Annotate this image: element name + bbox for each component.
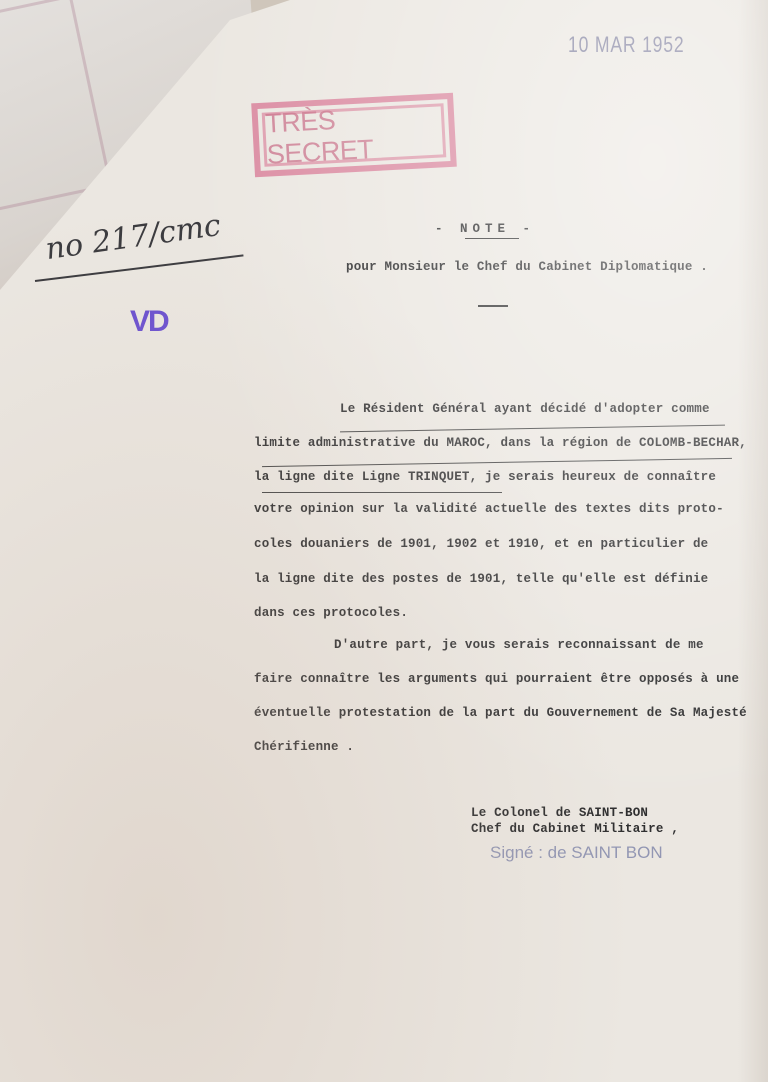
signatory-name: Le Colonel de SAINT-BON [471, 806, 648, 820]
classification-stamp-text: TRÈS SECRET [262, 103, 447, 166]
body-line: éventuelle protestation de la part du Go… [254, 706, 747, 720]
body-line: limite administrative du MAROC, dans la … [254, 436, 747, 450]
body-line: coles douaniers de 1901, 1902 et 1910, e… [254, 537, 708, 551]
page-edge-shadow [738, 0, 768, 1082]
body-line: la ligne dite des postes de 1901, telle … [254, 572, 708, 586]
classification-stamp: TRÈS SECRET [251, 93, 457, 177]
date-stamp: 10 MAR 1952 [568, 32, 684, 58]
separator-dash [478, 305, 508, 307]
body-line: Chérifienne . [254, 740, 354, 754]
body-line: D'autre part, je vous serais reconnaissa… [334, 638, 704, 652]
initials-stamp: VD [130, 305, 168, 339]
body-line: faire connaître les arguments qui pourra… [254, 672, 739, 686]
addressee-line: pour Monsieur le Chef du Cabinet Diploma… [346, 260, 708, 274]
document-page: 10 MAR 1952 TRÈS SECRET no 217/cmc VD - … [0, 0, 768, 1082]
handwritten-underline [340, 425, 725, 433]
signatory-title: Chef du Cabinet Militaire , [471, 822, 679, 836]
document-title: - NOTE - [435, 222, 535, 236]
handwritten-underline [262, 492, 502, 493]
signed-stamp: Signé : de SAINT BON [490, 843, 663, 863]
body-line: Le Résident Général ayant décidé d'adopt… [340, 402, 710, 416]
title-underline [465, 238, 519, 239]
handwritten-reference: no 217/cmc [43, 208, 222, 267]
body-line: la ligne dite Ligne TRINQUET, je serais … [254, 470, 716, 484]
body-line: dans ces protocoles. [254, 606, 408, 620]
body-line: votre opinion sur la validité actuelle d… [254, 502, 724, 516]
handwritten-underline [262, 458, 732, 467]
